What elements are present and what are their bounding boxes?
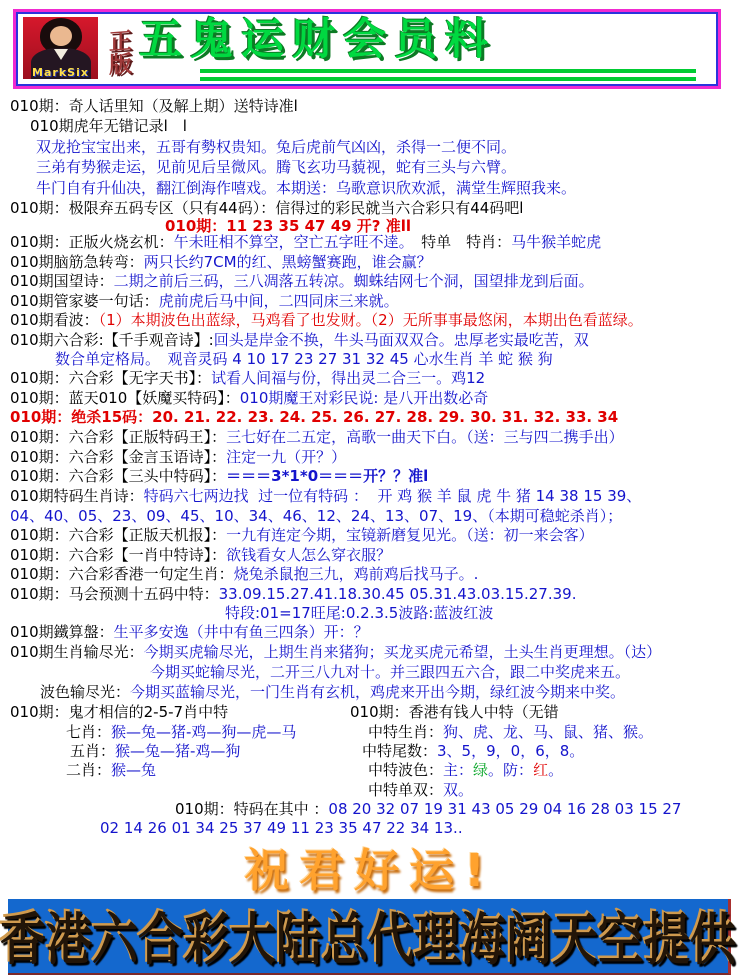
text-segment: 010期：奇人话里知（及解上期）送特诗准l [10, 97, 298, 115]
text-segment: 010期：极限弃五码专区（只有44码）：信得过的彩民就当六合彩只有44码吧l [10, 199, 523, 217]
text-segment: 。 [548, 761, 563, 779]
text-segment: 五肖： [70, 742, 115, 760]
text-segment: 烧兔杀鼠抱三九，鸡前鸡后找马子。. [234, 565, 479, 583]
text-segment: 010期：六合彩【三头中特码】： [10, 467, 226, 485]
text-segment: 试看人间福与份，得出灵二合三一。鸡12 [211, 369, 485, 387]
text-segment: 010期：六合彩【正版天机报】： [10, 526, 226, 544]
content-line: 010期：鬼才相信的2-5-7肖中特 [10, 703, 228, 721]
text-segment: ＝＝＝3*1*0＝＝＝开？？准l [226, 467, 428, 485]
text-segment: 010期国望诗： [10, 272, 114, 290]
content-line: 三弟有势猴走运，见前见后呈微风。腾飞玄功马藐视，蛇有三头与六臂。 [36, 158, 516, 176]
text-segment: 一九有连定今期，宝镜新磨复见光。（送：初一来会客） [226, 526, 594, 544]
content-line: 中特生肖：狗、虎、龙、马、鼠、猪、猴。 [368, 723, 653, 741]
content-line: 中特单双：双。 [368, 781, 473, 799]
text-segment: 今期买蓝输尽光，一门生肖有玄机，鸡虎来开出今期，绿红波今期来中奖。 [130, 683, 625, 701]
text-segment: 010期：蓝天010【妖魔买特码】： [10, 389, 240, 407]
text-segment: 04、40、05、23、09、45、10、34、46、12、24、13、07、1… [10, 507, 622, 525]
content-line: 010期：六合彩【无字天书】：试看人间福与份，得出灵二合三一。鸡12 [10, 369, 485, 387]
text-segment: 。防： [488, 761, 533, 779]
text-segment: 010期看波： [10, 311, 99, 329]
text-segment: 010期：正版火烧玄机： [10, 233, 174, 251]
content-line: 今期买蛇输尽光，二开三八九对十。并三跟四五六合，跟二中奖虎来五。 [150, 663, 630, 681]
text-segment: 010期：绝杀15码：20. 21. 22. 23. 24. 25. 26. 2… [10, 408, 618, 426]
text-segment: 010期虎年无错记录l l [30, 117, 187, 135]
text-segment: 注定一九（开？） [226, 448, 346, 466]
good-luck-wish: 祝君好运! [0, 834, 739, 899]
text-segment: 中特单双： [368, 781, 443, 799]
content-line: 七肖：猴—兔—猪-鸡—狗—虎—马 [66, 723, 296, 741]
text-segment: 中特生肖： [368, 723, 443, 741]
text-segment: 波色输尽光： [40, 683, 130, 701]
content-line: 特段:01=17旺尾:0.2.3.5波路:蓝波红波 [225, 604, 493, 622]
content-line: 010期：六合彩【三头中特码】：＝＝＝3*1*0＝＝＝开？？准l [10, 467, 428, 485]
content-line: 中特波色：主：绿。防：红。 [368, 761, 563, 779]
footer-banner-text: 香港六合彩大陆总代理海阔天空提供 [0, 896, 736, 977]
text-segment: 010期：鬼才相信的2-5-7肖中特 [10, 703, 228, 721]
text-segment: 二期之前后三码，三八凋落五转凉。蜘蛛结网七个洞，国望排龙到后面。 [114, 272, 594, 290]
text-segment: 红 [533, 761, 548, 779]
text-segment: 猴—兔—猪-鸡—狗 [115, 742, 240, 760]
text-segment: 33.09.15.27.41.18.30.45 05.31.43.03.15.2… [219, 585, 577, 603]
content-line: 数合单定格局。 观音灵码 4 10 17 23 27 31 32 45 心水生肖… [55, 350, 553, 368]
text-segment: 二肖： [66, 761, 111, 779]
text-segment: 010期：六合彩【一肖中特诗】： [10, 546, 226, 564]
text-segment: 010期特码生肖诗： [10, 487, 144, 505]
text-segment: 010期生肖输尽光： [10, 643, 144, 661]
content-line: 010期脑筋急转弯：两只长约7CM的红、黑螃蟹赛跑，谁会赢？ [10, 253, 432, 271]
content-line: 04、40、05、23、09、45、10、34、46、12、24、13、07、1… [10, 507, 622, 525]
text-segment: 010期：六合彩【无字天书】： [10, 369, 211, 387]
content-line: 双龙抢宝宝出来，五哥有勢权贵知。兔后虎前气凶凶，杀得一二便不同。 [36, 138, 516, 156]
content-line: 010期六合彩:【千手观音诗】:回头是岸金不换，牛头马面双双合。忠厚老实最吃苦，… [10, 331, 589, 349]
text-segment: 中特波色： [368, 761, 443, 779]
text-segment: 午未旺相不算空，空亡五字旺不逹。 [174, 233, 407, 251]
content-line: 波色输尽光：今期买蓝输尽光，一门生肖有玄机，鸡虎来开出今期，绿红波今期来中奖。 [40, 683, 625, 701]
text-segment: 三七好在二五定，高歌一曲天下白。（送：三与四二携手出） [226, 428, 624, 446]
text-segment: （1）本期波色出蓝绿，马鸡看了也发财。（2）无所事事最悠闲，本期出色看蓝绿。 [99, 311, 643, 329]
text-segment: 七肖： [66, 723, 111, 741]
content-line: 010期鐵算盤：生平多安逸（井中有鱼三四条）开：？ [10, 623, 369, 641]
content-line: 010期虎年无错记录l l [30, 117, 187, 135]
footer-banner: 香港六合彩大陆总代理海阔天空提供 [8, 899, 731, 975]
text-segment: 生平多安逸（井中有鱼三四条）开：？ [114, 623, 369, 641]
text-segment: 猴—兔—猪-鸡—狗—虎—马 [111, 723, 296, 741]
text-segment: 010期六合彩:【千手观音诗】: [10, 331, 214, 349]
text-segment: 绿 [473, 761, 488, 779]
content-line: 五肖：猴—兔—猪-鸡—狗 [70, 742, 240, 760]
text-segment: 两只长约7CM的红、黑螃蟹赛跑，谁会赢？ [144, 253, 432, 271]
text-segment: 010期鐵算盤： [10, 623, 114, 641]
content-line: 010期：奇人话里知（及解上期）送特诗准l [10, 97, 298, 115]
content-line: 二肖：猴—兔 [66, 761, 156, 779]
text-segment: 010期：六合彩【金言玉语诗】： [10, 448, 226, 466]
text-segment: 中特尾数： [362, 742, 437, 760]
text-segment: 猴—兔 [111, 761, 156, 779]
content-line: 010期：六合彩【一肖中特诗】：欲钱看女人怎么穿衣服？ [10, 546, 391, 564]
text-segment: 主： [443, 761, 473, 779]
text-segment: 010期：六合彩香港一句定生肖： [10, 565, 234, 583]
text-segment: 特码六七两边找 过一位有特码 ： 开 鸡 猴 羊 鼠 虎 牛 猪 14 38 1… [144, 487, 642, 505]
text-segment: 数合单定格局。 观音灵码 4 10 17 23 27 31 32 45 心水生肖… [55, 350, 553, 368]
text-segment: 010期：香港有钱人中特（无错 [350, 703, 559, 721]
text-segment: 欲钱看女人怎么穿衣服？ [226, 546, 391, 564]
text-segment: 010期脑筋急转弯： [10, 253, 144, 271]
content-line: 010期：蓝天010【妖魔买特码】：010期魔王对彩民说: 是八开出数必奇 [10, 389, 488, 407]
content-line: 中特尾数：3、5，9，0，6，8。 [362, 742, 584, 760]
text-segment: 虎前虎后马中间，二四同床三来就。 [159, 292, 399, 310]
text-segment: 010期：特码在其中 ： [175, 800, 328, 818]
content-line: 010期：特码在其中 ：08 20 32 07 19 31 43 05 29 0… [175, 800, 681, 818]
text-segment: 010期：六合彩【正版特码王】： [10, 428, 226, 446]
text-segment: 今期买虎输尽光，上期生肖来猪狗；买龙买虎元希望，土头生肖更理想。（达） [144, 643, 662, 661]
text-segment: 双。 [443, 781, 473, 799]
page: MarkSix 正版 五鬼运财会员料 010期：奇人话里知（及解上期）送特诗准l… [0, 0, 739, 979]
content-line: 牛门自有升仙决，翻江倒海作嘻戏。本期送：乌歌意识欣欢派，满堂生辉照我来。 [36, 179, 576, 197]
text-segment: 010期魔王对彩民说: 是八开出数必奇 [240, 389, 488, 407]
content-line: 010期：六合彩【正版特码王】：三七好在二五定，高歌一曲天下白。（送：三与四二携… [10, 428, 624, 446]
text-segment: 三弟有势猴走运，见前见后呈微风。腾飞玄功马藐视，蛇有三头与六臂。 [36, 158, 516, 176]
content-line: 010期：六合彩香港一句定生肖：烧兔杀鼠抱三九，鸡前鸡后找马子。. [10, 565, 478, 583]
content-line: 010期看波：（1）本期波色出蓝绿，马鸡看了也发财。（2）无所事事最悠闲，本期出… [10, 311, 643, 329]
text-segment: 特段:01=17旺尾:0.2.3.5波路:蓝波红波 [225, 604, 493, 622]
content-line: 010期特码生肖诗：特码六七两边找 过一位有特码 ： 开 鸡 猴 羊 鼠 虎 牛… [10, 487, 641, 505]
content-line: 010期：六合彩【正版天机报】：一九有连定今期，宝镜新磨复见光。（送：初一来会客… [10, 526, 594, 544]
content-line: 010期：香港有钱人中特（无错 [350, 703, 559, 721]
content-line: 010期管家婆一句话：虎前虎后马中间，二四同床三来就。 [10, 292, 399, 310]
text-segment: 回头是岸金不换，牛头马面双双合。忠厚老实最吃苦，双 [214, 331, 589, 349]
text-segment: 010期：马会预测十五码中特： [10, 585, 219, 603]
text-segment: 马牛猴羊蛇虎 [511, 233, 601, 251]
content-line: 010期生肖输尽光：今期买虎输尽光，上期生肖来猪狗；买龙买虎元希望，土头生肖更理… [10, 643, 661, 661]
content-line: 010期：马会预测十五码中特：33.09.15.27.41.18.30.45 0… [10, 585, 576, 603]
text-segment: 双龙抢宝宝出来，五哥有勢权贵知。兔后虎前气凶凶，杀得一二便不同。 [36, 138, 516, 156]
text-segment: 010期管家婆一句话： [10, 292, 159, 310]
text-segment: 08 20 32 07 19 31 43 05 29 04 16 28 03 1… [328, 800, 681, 818]
text-segment: 3、5，9，0，6，8。 [437, 742, 584, 760]
text-segment: 特单 特肖： [406, 233, 511, 251]
text-segment: 今期买蛇输尽光，二开三八九对十。并三跟四五六合，跟二中奖虎来五。 [150, 663, 630, 681]
content-line: 010期国望诗：二期之前后三码，三八凋落五转凉。蜘蛛结网七个洞，国望排龙到后面。 [10, 272, 594, 290]
content-lines: 010期：奇人话里知（及解上期）送特诗准l010期虎年无错记录l l双龙抢宝宝出… [0, 0, 739, 979]
content-line: 010期：正版火烧玄机：午未旺相不算空，空亡五字旺不逹。 特单 特肖：马牛猴羊蛇… [10, 233, 601, 251]
content-line: 010期：绝杀15码：20. 21. 22. 23. 24. 25. 26. 2… [10, 408, 618, 426]
content-line: 010期：六合彩【金言玉语诗】：注定一九（开？） [10, 448, 346, 466]
text-segment: 狗、虎、龙、马、鼠、猪、猴。 [443, 723, 653, 741]
content-line: 010期：极限弃五码专区（只有44码）：信得过的彩民就当六合彩只有44码吧l [10, 199, 523, 217]
text-segment: 牛门自有升仙决，翻江倒海作嘻戏。本期送：乌歌意识欣欢派，满堂生辉照我来。 [36, 179, 576, 197]
